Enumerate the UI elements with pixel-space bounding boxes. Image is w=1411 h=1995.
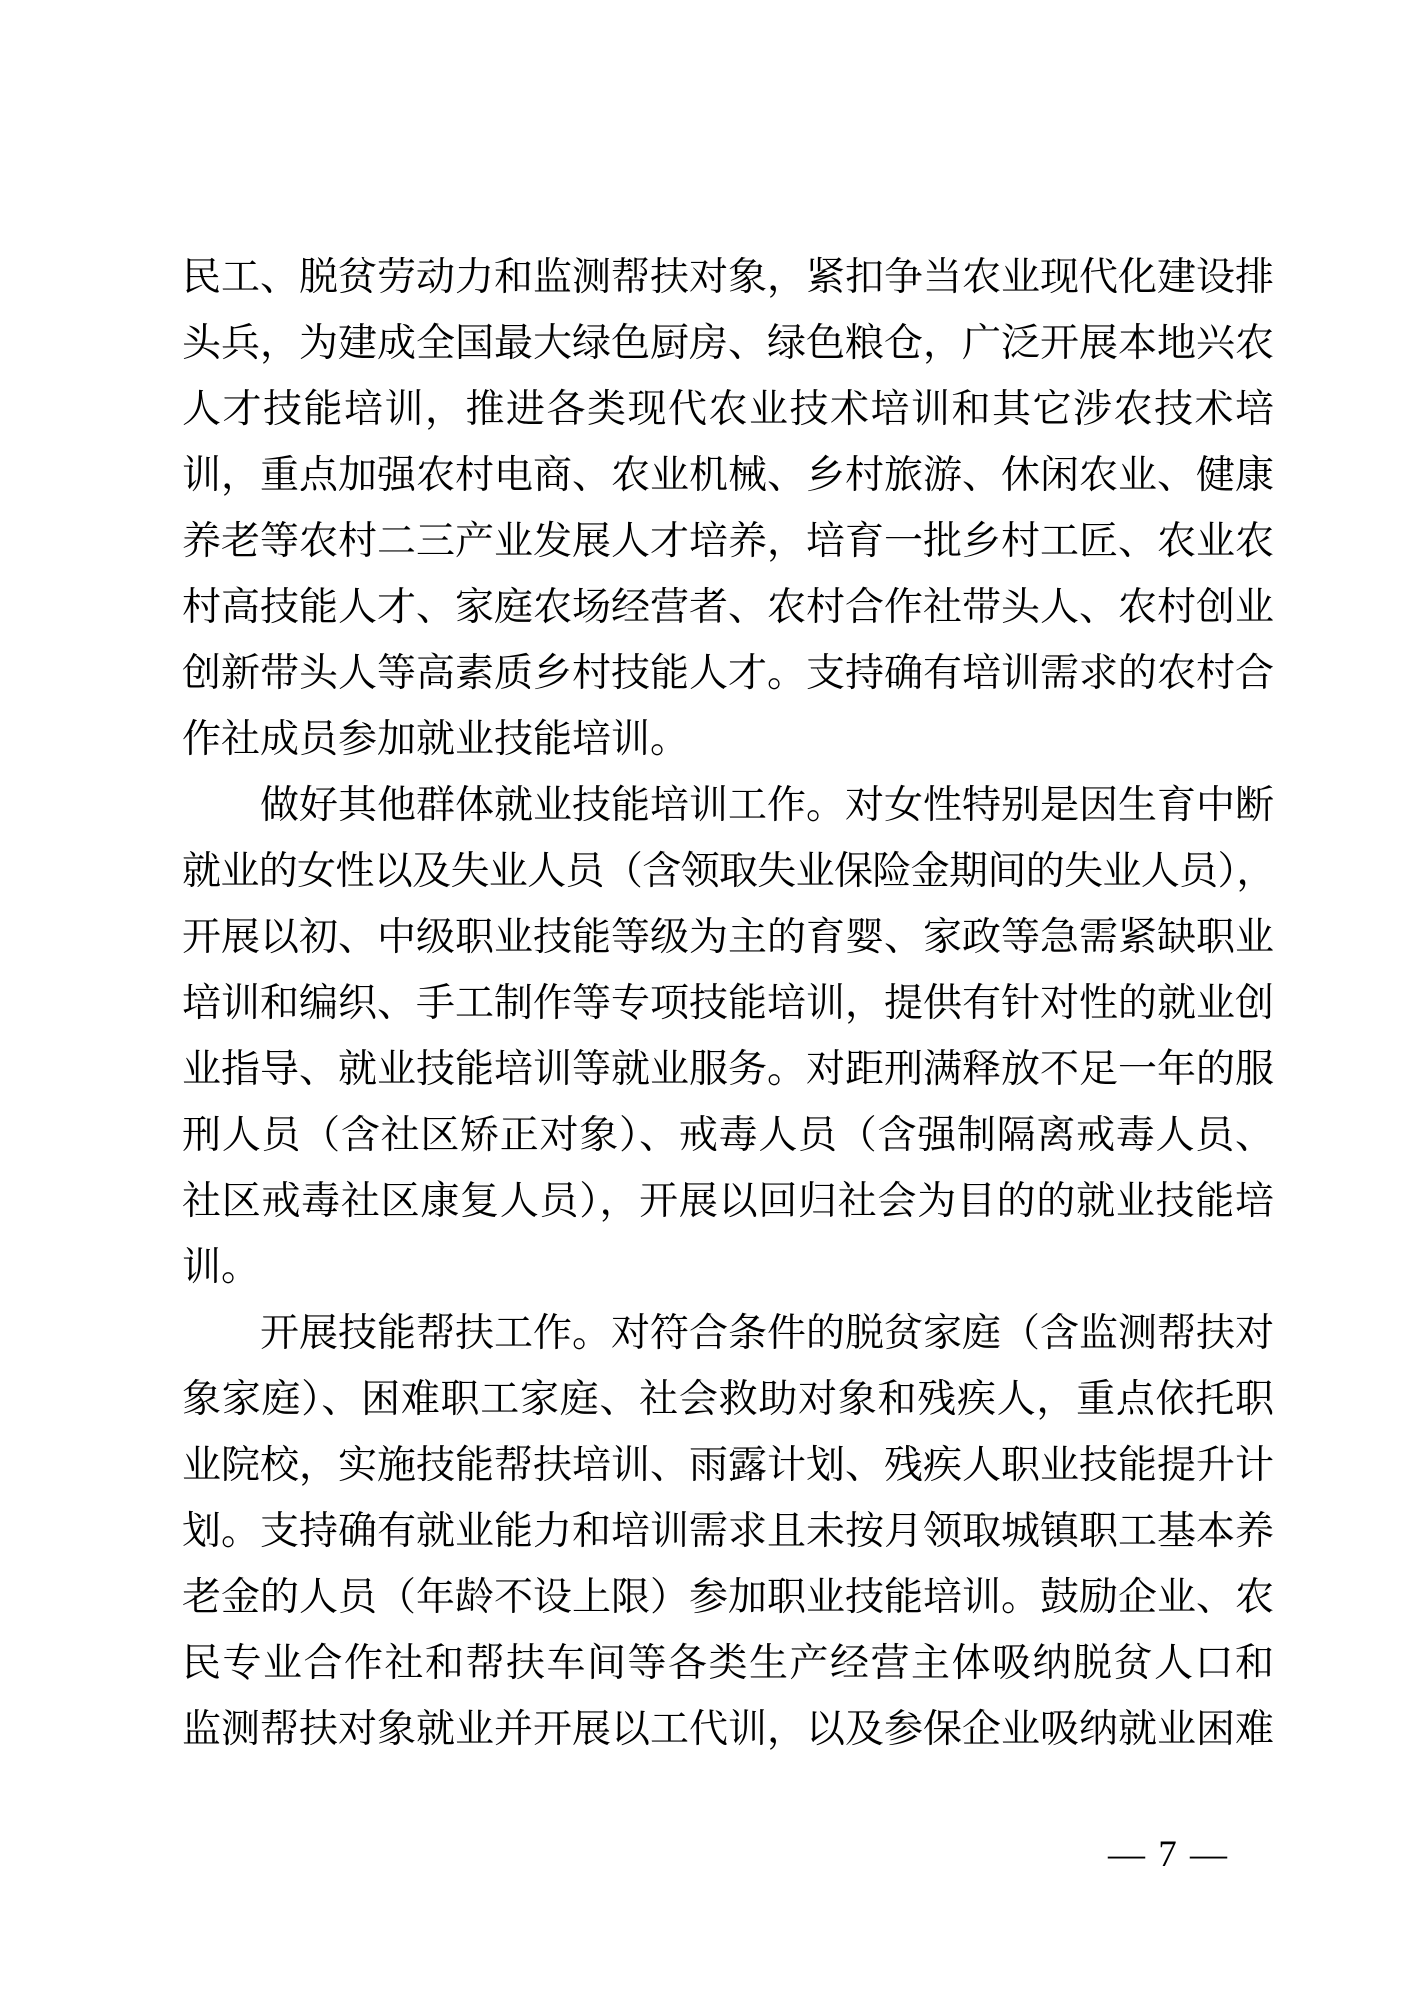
- text-line: 创新带头人等高素质乡村技能人才。支持确有培训需求的农村合: [182, 641, 1274, 707]
- paragraph: 民工、脱贫劳动力和监测帮扶对象，紧扣争当农业现代化建设排头兵，为建成全国最大绿色…: [182, 245, 1274, 773]
- text-line: 训。: [182, 1235, 1274, 1301]
- text-line: 业指导、就业技能培训等就业服务。对距刑满释放不足一年的服: [182, 1037, 1274, 1103]
- text-line: 开展以初、中级职业技能等级为主的育婴、家政等急需紧缺职业: [182, 905, 1274, 971]
- text-line: 业院校，实施技能帮扶培训、雨露计划、残疾人职业技能提升计: [182, 1433, 1274, 1499]
- text-line: 监测帮扶对象就业并开展以工代训，以及参保企业吸纳就业困难: [182, 1697, 1274, 1763]
- text-line: 开展技能帮扶工作。对符合条件的脱贫家庭（含监测帮扶对: [182, 1301, 1274, 1367]
- paragraph: 开展技能帮扶工作。对符合条件的脱贫家庭（含监测帮扶对象家庭）、困难职工家庭、社会…: [182, 1301, 1274, 1763]
- text-line: 培训和编织、手工制作等专项技能培训，提供有针对性的就业创: [182, 971, 1274, 1037]
- text-line: 训，重点加强农村电商、农业机械、乡村旅游、休闲农业、健康: [182, 443, 1274, 509]
- text-line: 民工、脱贫劳动力和监测帮扶对象，紧扣争当农业现代化建设排: [182, 245, 1274, 311]
- text-line: 社区戒毒社区康复人员），开展以回归社会为目的的就业技能培: [182, 1169, 1274, 1235]
- text-line: 刑人员（含社区矫正对象）、戒毒人员（含强制隔离戒毒人员、: [182, 1103, 1274, 1169]
- text-block: 民工、脱贫劳动力和监测帮扶对象，紧扣争当农业现代化建设排头兵，为建成全国最大绿色…: [182, 245, 1274, 1763]
- text-line: 头兵，为建成全国最大绿色厨房、绿色粮仓，广泛开展本地兴农: [182, 311, 1274, 377]
- text-line: 村高技能人才、家庭农场经营者、农村合作社带头人、农村创业: [182, 575, 1274, 641]
- text-line: 养老等农村二三产业发展人才培养，培育一批乡村工匠、农业农: [182, 509, 1274, 575]
- text-line: 人才技能培训，推进各类现代农业技术培训和其它涉农技术培: [182, 377, 1274, 443]
- text-line: 老金的人员（年龄不设上限）参加职业技能培训。鼓励企业、农: [182, 1565, 1274, 1631]
- paragraph: 做好其他群体就业技能培训工作。对女性特别是因生育中断就业的女性以及失业人员（含领…: [182, 773, 1274, 1301]
- text-line: 就业的女性以及失业人员（含领取失业保险金期间的失业人员），: [182, 839, 1274, 905]
- text-line: 划。支持确有就业能力和培训需求且未按月领取城镇职工基本养: [182, 1499, 1274, 1565]
- text-line: 民专业合作社和帮扶车间等各类生产经营主体吸纳脱贫人口和: [182, 1631, 1274, 1697]
- text-line: 做好其他群体就业技能培训工作。对女性特别是因生育中断: [182, 773, 1274, 839]
- text-line: 作社成员参加就业技能培训。: [182, 707, 1274, 773]
- text-line: 象家庭）、困难职工家庭、社会救助对象和残疾人，重点依托职: [182, 1367, 1274, 1433]
- page-number: — 7 —: [1108, 1832, 1229, 1878]
- document-page: 民工、脱贫劳动力和监测帮扶对象，紧扣争当农业现代化建设排头兵，为建成全国最大绿色…: [0, 0, 1411, 1995]
